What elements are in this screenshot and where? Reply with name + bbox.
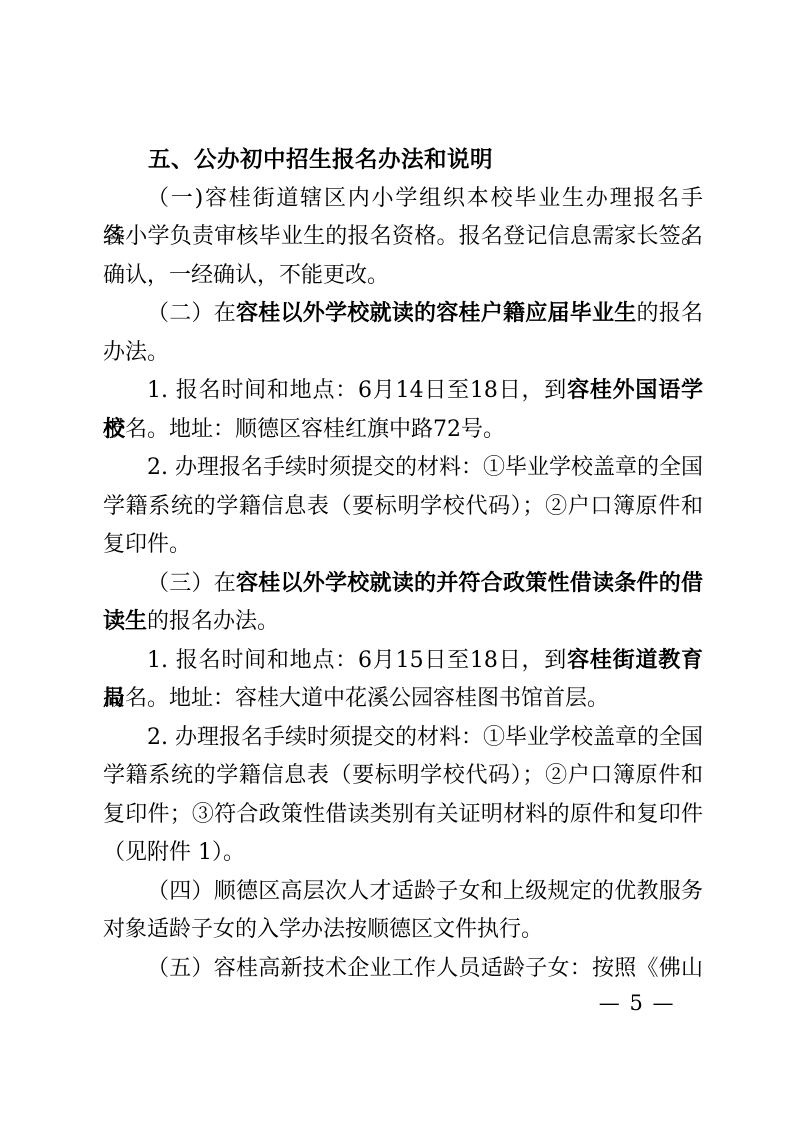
- text-segment: 各小学负责审核毕业生的报名资格。报名登记信息需家长签名: [103, 224, 703, 249]
- text-segment: 的报名办法。: [147, 609, 279, 634]
- emphasized-text: 容桂以外学校就读的并符合政策性借读条件的借: [236, 571, 703, 596]
- text-line: 学籍系统的学籍信息表（要标明学校代码）；②户口簿原件和: [103, 757, 703, 796]
- body-lines: （一)容桂街道辖区内小学组织本校毕业生办理报名手续。各小学负责审核毕业生的报名资…: [103, 180, 703, 989]
- text-segment: （四）顺德区高层次人才适龄子女和上级规定的优教服务: [147, 879, 703, 904]
- text-line: 办法。: [103, 334, 703, 373]
- text-segment: 报名。地址：容桂大道中花溪公园容桂图书馆首层。: [103, 686, 609, 711]
- text-line: （三）在容桂以外学校就读的并符合政策性借读条件的借: [103, 565, 703, 604]
- text-line: 1. 报名时间和地点：6月14日至18日，到容桂外国语学校: [103, 372, 703, 411]
- page-footer: — 5 —: [599, 991, 675, 1015]
- text-line: 读生的报名办法。: [103, 603, 703, 642]
- text-segment: 学籍系统的学籍信息表（要标明学校代码）；②户口簿原件和: [103, 763, 703, 788]
- text-line: （一)容桂街道辖区内小学组织本校毕业生办理报名手续。: [103, 180, 703, 219]
- emphasized-text: 容桂以外学校就读的容桂户籍应届毕业生: [236, 301, 636, 326]
- text-line: 复印件；③符合政策性借读类别有关证明材料的原件和复印件: [103, 796, 703, 835]
- text-line: 对象适龄子女的入学办法按顺德区文件执行。: [103, 911, 703, 950]
- text-segment: 2. 办理报名手续时须提交的材料：①毕业学校盖章的全国: [147, 455, 703, 480]
- text-line: 各小学负责审核毕业生的报名资格。报名登记信息需家长签名: [103, 218, 703, 257]
- page-number: — 5 —: [599, 991, 675, 1015]
- text-segment: 确认，一经确认，不能更改。: [103, 263, 389, 288]
- text-segment: 学籍系统的学籍信息表（要标明学校代码）；②户口簿原件和: [103, 494, 703, 519]
- text-line: 报名。地址：顺德区容桂红旗中路72号。: [103, 411, 703, 450]
- text-line: 报名。地址：容桂大道中花溪公园容桂图书馆首层。: [103, 680, 703, 719]
- text-segment: （二）在: [147, 301, 236, 326]
- text-segment: （五）容桂高新技术企业工作人员适龄子女：按照《佛山: [147, 956, 703, 981]
- text-segment: 1. 报名时间和地点：6月14日至18日，到: [147, 378, 567, 403]
- text-segment: （见附件 1）。: [103, 840, 245, 865]
- text-segment: （三）在: [147, 571, 236, 596]
- text-line: （二）在容桂以外学校就读的容桂户籍应届毕业生的报名: [103, 295, 703, 334]
- text-segment: 办法。: [103, 340, 169, 365]
- text-line: 2. 办理报名手续时须提交的材料：①毕业学校盖章的全国: [103, 449, 703, 488]
- document-heading: 五、公办初中招生报名办法和说明: [103, 141, 703, 180]
- text-line: （四）顺德区高层次人才适龄子女和上级规定的优教服务: [103, 873, 703, 912]
- text-segment: 复印件。: [103, 532, 191, 557]
- text-line: （五）容桂高新技术企业工作人员适龄子女：按照《佛山: [103, 950, 703, 989]
- text-line: 学籍系统的学籍信息表（要标明学校代码）；②户口簿原件和: [103, 488, 703, 527]
- text-line: 确认，一经确认，不能更改。: [103, 257, 703, 296]
- emphasized-text: 读生: [103, 609, 147, 634]
- text-segment: 报名。地址：顺德区容桂红旗中路72号。: [103, 417, 505, 442]
- text-segment: 1. 报名时间和地点：6月15日至18日，到: [147, 648, 567, 673]
- text-line: 复印件。: [103, 526, 703, 565]
- text-segment: 对象适龄子女的入学办法按顺德区文件执行。: [103, 917, 543, 942]
- text-segment: 2. 办理报名手续时须提交的材料：①毕业学校盖章的全国: [147, 725, 703, 750]
- document-page: 五、公办初中招生报名办法和说明 （一)容桂街道辖区内小学组织本校毕业生办理报名手…: [0, 0, 793, 1122]
- document-body: 五、公办初中招生报名办法和说明 （一)容桂街道辖区内小学组织本校毕业生办理报名手…: [103, 141, 703, 988]
- text-line: 1. 报名时间和地点：6月15日至18日，到容桂街道教育局: [103, 642, 703, 681]
- text-segment: 复印件；③符合政策性借读类别有关证明材料的原件和复印件: [103, 802, 703, 827]
- text-segment: 的报名: [636, 301, 703, 326]
- text-line: 2. 办理报名手续时须提交的材料：①毕业学校盖章的全国: [103, 719, 703, 758]
- text-line: （见附件 1）。: [103, 834, 703, 873]
